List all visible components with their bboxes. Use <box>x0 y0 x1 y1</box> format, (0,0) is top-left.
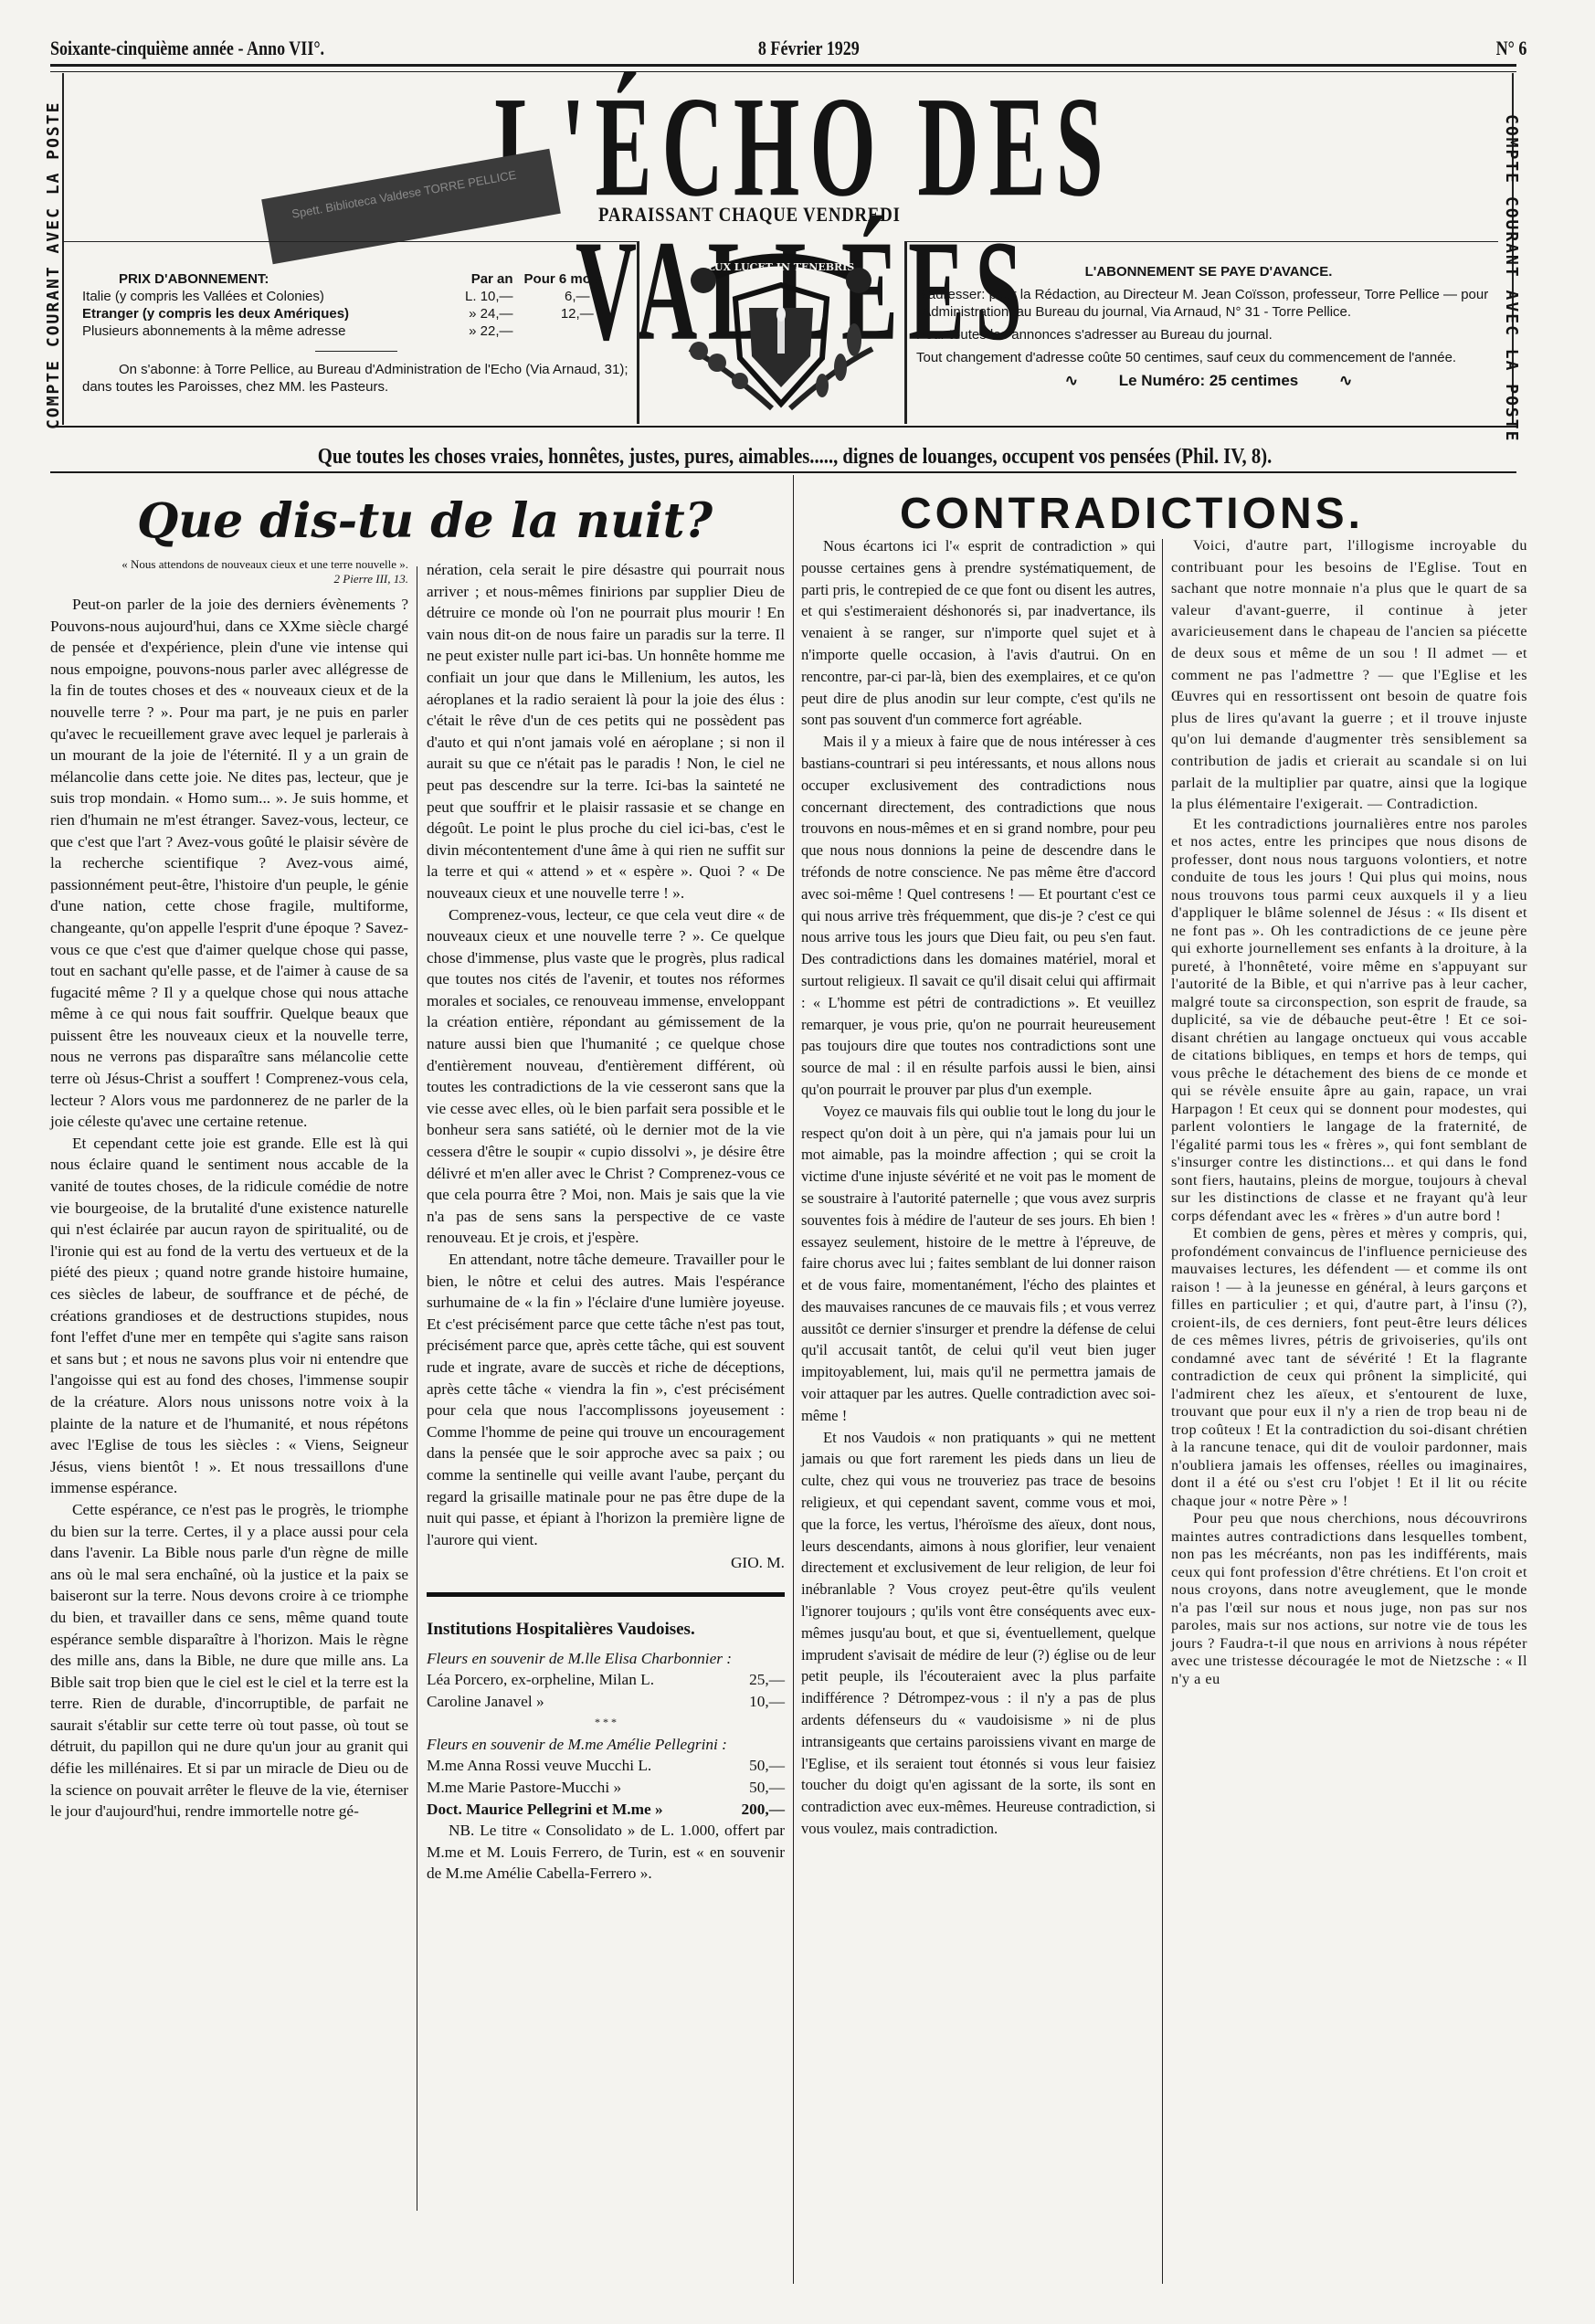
donation-row: Doct. Maurice Pellegrini et M.me »200,— <box>427 1799 785 1821</box>
price-year: L. 10,— <box>444 288 524 305</box>
waldensian-emblem-icon: LUX LUCET IN TENEBRIS <box>671 248 891 422</box>
donation-amount: 10,— <box>749 1691 785 1713</box>
subscription-title: PRIX D'ABONNEMENT: <box>82 270 444 288</box>
administration-info: L'ABONNEMENT SE PAYE D'AVANCE. S'adresse… <box>916 263 1501 395</box>
box-divider-1 <box>637 241 639 424</box>
issue-price-text: Le Numéro: 25 centimes <box>1119 372 1299 389</box>
epigraph-text: « Nous attendons de nouveaux cieux et un… <box>50 557 408 572</box>
donor-name: M.me Marie Pastore-Mucchi » <box>427 1777 621 1799</box>
author-signature: GIO. M. <box>427 1552 785 1574</box>
paragraph: Cette espérance, ce n'est pas le progrès… <box>50 1499 408 1822</box>
subscription-prices: PRIX D'ABONNEMENT: Par an Pour 6 mois It… <box>82 270 630 396</box>
article-left-column-2: nération, cela serait le pire désastre q… <box>427 559 785 1885</box>
box-divider-2 <box>904 241 907 424</box>
price-label: Italie (y compris les Vallées et Colonie… <box>82 288 444 305</box>
institutions-title: Institutions Hospitalières Vaudoises. <box>427 1619 785 1641</box>
donation-amount: 50,— <box>749 1777 785 1799</box>
donation-group-heading: Fleurs en souvenir de M.lle Elisa Charbo… <box>427 1648 785 1670</box>
article-title-right: CONTRADICTIONS. <box>900 489 1364 539</box>
article-right-column-1: Nous écartons ici l'« esprit de contradi… <box>801 535 1156 1840</box>
issue-number: N° 6 <box>1496 37 1527 60</box>
box-rule-right <box>904 241 1498 242</box>
price-row: Italie (y compris les Vallées et Colonie… <box>82 288 630 305</box>
col-per-year: Par an <box>444 270 524 288</box>
price-row: Etranger (y compris les deux Amériques) … <box>82 305 630 322</box>
tilde-ornament-icon: ∿ <box>1065 372 1078 389</box>
donation-note: NB. Le titre « Consolidato » de L. 1.000… <box>427 1820 785 1885</box>
tilde-ornament-icon: ∿ <box>1339 372 1352 389</box>
paragraph: Comprenez-vous, lecteur, ce que cela veu… <box>427 904 785 1250</box>
separator-stars: * * * <box>427 1712 785 1734</box>
epigraph-reference: 2 Pierre III, 13. <box>50 572 408 586</box>
donation-row: Léa Porcero, ex-orpheline, Milan L.25,— <box>427 1669 785 1691</box>
side-label-right: COMPTE COURANT AVEC LA POSTE <box>1502 114 1521 442</box>
dateline: Soixante-cinquième année - Anno VII°. 8 … <box>50 37 1252 60</box>
motto-verse: Que toutes les choses vraies, honnêtes, … <box>269 445 1321 470</box>
price-year: » 24,— <box>444 305 524 322</box>
price-label: Etranger (y compris les deux Amériques) <box>82 305 444 322</box>
paragraph: Pour peu que nous cherchions, nous décou… <box>1171 1510 1527 1688</box>
donation-row: M.me Marie Pastore-Mucchi »50,— <box>427 1777 785 1799</box>
masthead-bottom-rule <box>50 426 1516 428</box>
side-label-left: COMPTE COURANT AVEC LA POSTE <box>44 101 63 429</box>
paragraph: Et nos Vaudois « non pratiquants » qui n… <box>801 1427 1156 1840</box>
svg-text:LUX LUCET IN TENEBRIS: LUX LUCET IN TENEBRIS <box>708 261 855 273</box>
price-half: 12,— <box>524 305 630 322</box>
paragraph: Voyez ce mauvais fils qui oublie tout le… <box>801 1101 1156 1427</box>
issue-date: 8 Février 1929 <box>758 37 860 60</box>
col-six-months: Pour 6 mois <box>524 270 630 288</box>
paragraph: nération, cela serait le pire désastre q… <box>427 559 785 904</box>
column-divider-3 <box>1162 539 1163 2284</box>
paragraph: Voici, d'autre part, l'illogisme incroya… <box>1171 535 1527 816</box>
admin-address: S'adresser: pour la Rédaction, au Direct… <box>916 286 1501 321</box>
article-right-column-2: Voici, d'autre part, l'illogisme incroya… <box>1171 535 1527 1688</box>
article-left-column-1: « Nous attendons de nouveaux cieux et un… <box>50 557 408 1822</box>
donor-name: Caroline Janavel » <box>427 1691 544 1713</box>
paragraph: Nous écartons ici l'« esprit de contradi… <box>801 535 1156 731</box>
donation-row: Caroline Janavel »10,— <box>427 1691 785 1713</box>
donor-name: Léa Porcero, ex-orpheline, Milan L. <box>427 1669 654 1691</box>
price-half: 6,— <box>524 288 630 305</box>
epigraph: « Nous attendons de nouveaux cieux et un… <box>50 557 408 586</box>
admin-ads: Pour toutes les annonces s'adresser au B… <box>916 326 1501 343</box>
column-divider-2 <box>793 475 794 2284</box>
article-title-left: Que dis-tu de la nuit? <box>137 493 713 549</box>
paragraph: Et cependant cette joie est grande. Elle… <box>50 1133 408 1499</box>
donation-amount: 200,— <box>741 1799 785 1821</box>
paragraph: En attendant, notre tâche demeure. Trava… <box>427 1249 785 1550</box>
donor-name: M.me Anna Rossi veuve Mucchi L. <box>427 1755 651 1777</box>
donor-name: Doct. Maurice Pellegrini et M.me » <box>427 1799 663 1821</box>
subscription-where: On s'abonne: à Torre Pellice, au Bureau … <box>82 361 630 396</box>
paragraph: Et combien de gens, pères et mères y com… <box>1171 1225 1527 1510</box>
price-row: Plusieurs abonnements à la même adresse … <box>82 322 630 340</box>
publication-frequency: PARAISSANT CHAQUE VENDREDI <box>598 203 901 227</box>
donation-row: M.me Anna Rossi veuve Mucchi L.50,— <box>427 1755 785 1777</box>
price-label: Plusieurs abonnements à la même adresse <box>82 322 444 340</box>
price-half <box>524 322 630 340</box>
issue-price: ∿ Le Numéro: 25 centimes ∿ <box>916 372 1501 389</box>
paragraph: Peut-on parler de la joie des derniers é… <box>50 594 408 1133</box>
price-year: » 22,— <box>444 322 524 340</box>
motto-bottom-rule <box>50 471 1516 473</box>
donation-amount: 25,— <box>749 1669 785 1691</box>
dateline-rule <box>50 64 1516 67</box>
volume-label: Soixante-cinquième année - Anno VII°. <box>50 37 324 60</box>
donation-group-heading: Fleurs en souvenir de M.me Amélie Pelleg… <box>427 1734 785 1756</box>
stamp-text: Spett. Biblioteca Valdese TORRE PELLICE <box>290 168 517 221</box>
admin-title: L'ABONNEMENT SE PAYE D'AVANCE. <box>916 263 1501 280</box>
paragraph: Mais il y a mieux à faire que de nous in… <box>801 731 1156 1101</box>
paragraph: Et les contradictions journalières entre… <box>1171 816 1527 1226</box>
column-divider-1 <box>417 566 417 2211</box>
admin-change: Tout changement d'adresse coûte 50 centi… <box>916 349 1501 366</box>
section-divider <box>427 1592 785 1597</box>
box-rule-left <box>64 241 639 242</box>
donation-amount: 50,— <box>749 1755 785 1777</box>
short-divider <box>315 351 397 352</box>
